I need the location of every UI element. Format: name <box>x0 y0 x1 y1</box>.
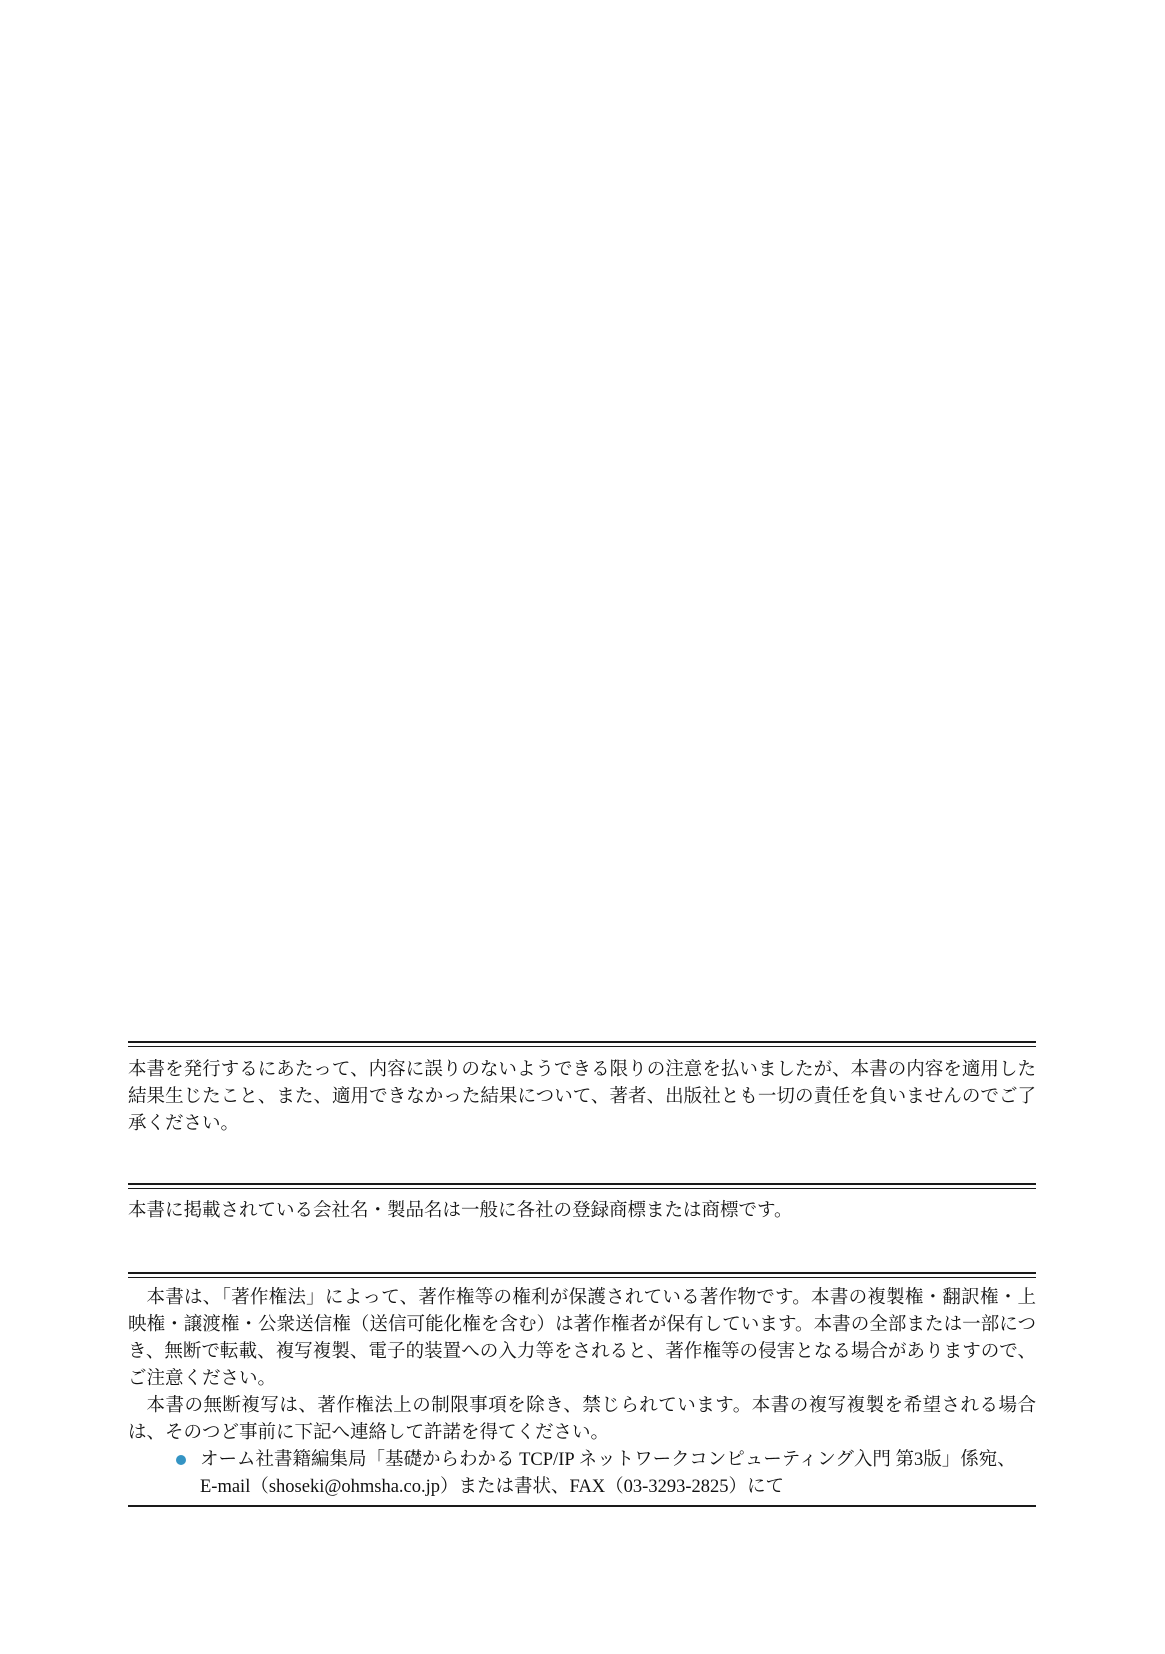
disclaimer-text: 本書を発行するにあたって、内容に誤りのないようできる限りの注意を払いましたが、本… <box>128 1057 1036 1138</box>
colophon: 本書を発行するにあたって、内容に誤りのないようできる限りの注意を払いましたが、本… <box>128 1041 1036 1507</box>
trademark-text: 本書に掲載されている会社名・製品名は一般に各社の登録商標または商標です。 <box>128 1198 1036 1225</box>
contact-line-2: E-mail（shoseki@ohmsha.co.jp）または書状、FAX（03… <box>200 1474 1036 1501</box>
trademark-section: 本書に掲載されている会社名・製品名は一般に各社の登録商標または商標です。 <box>128 1189 1036 1272</box>
copyright-paragraph-1: 本書は、「著作権法」によって、著作権等の権利が保護されている著作物です。本書の複… <box>128 1285 1036 1393</box>
contact-line-1: オーム社書籍編集局「基礎からわかる TCP/IP ネットワークコンピューティング… <box>200 1447 1036 1474</box>
contact-bullet-item: オーム社書籍編集局「基礎からわかる TCP/IP ネットワークコンピューティング… <box>128 1447 1036 1501</box>
disclaimer-section: 本書を発行するにあたって、内容に誤りのないようできる限りの注意を払いましたが、本… <box>128 1047 1036 1183</box>
divider-single-footer <box>128 1505 1036 1507</box>
book-page: 本書を発行するにあたって、内容に誤りのないようできる限りの注意を払いましたが、本… <box>0 0 1165 1654</box>
copyright-section: 本書は、「著作権法」によって、著作権等の権利が保護されている著作物です。本書の複… <box>128 1278 1036 1505</box>
bullet-icon <box>176 1455 186 1465</box>
copyright-paragraph-2: 本書の無断複写は、著作権法上の制限事項を除き、禁じられています。本書の複写複製を… <box>128 1393 1036 1447</box>
contact-text: オーム社書籍編集局「基礎からわかる TCP/IP ネットワークコンピューティング… <box>200 1447 1036 1501</box>
